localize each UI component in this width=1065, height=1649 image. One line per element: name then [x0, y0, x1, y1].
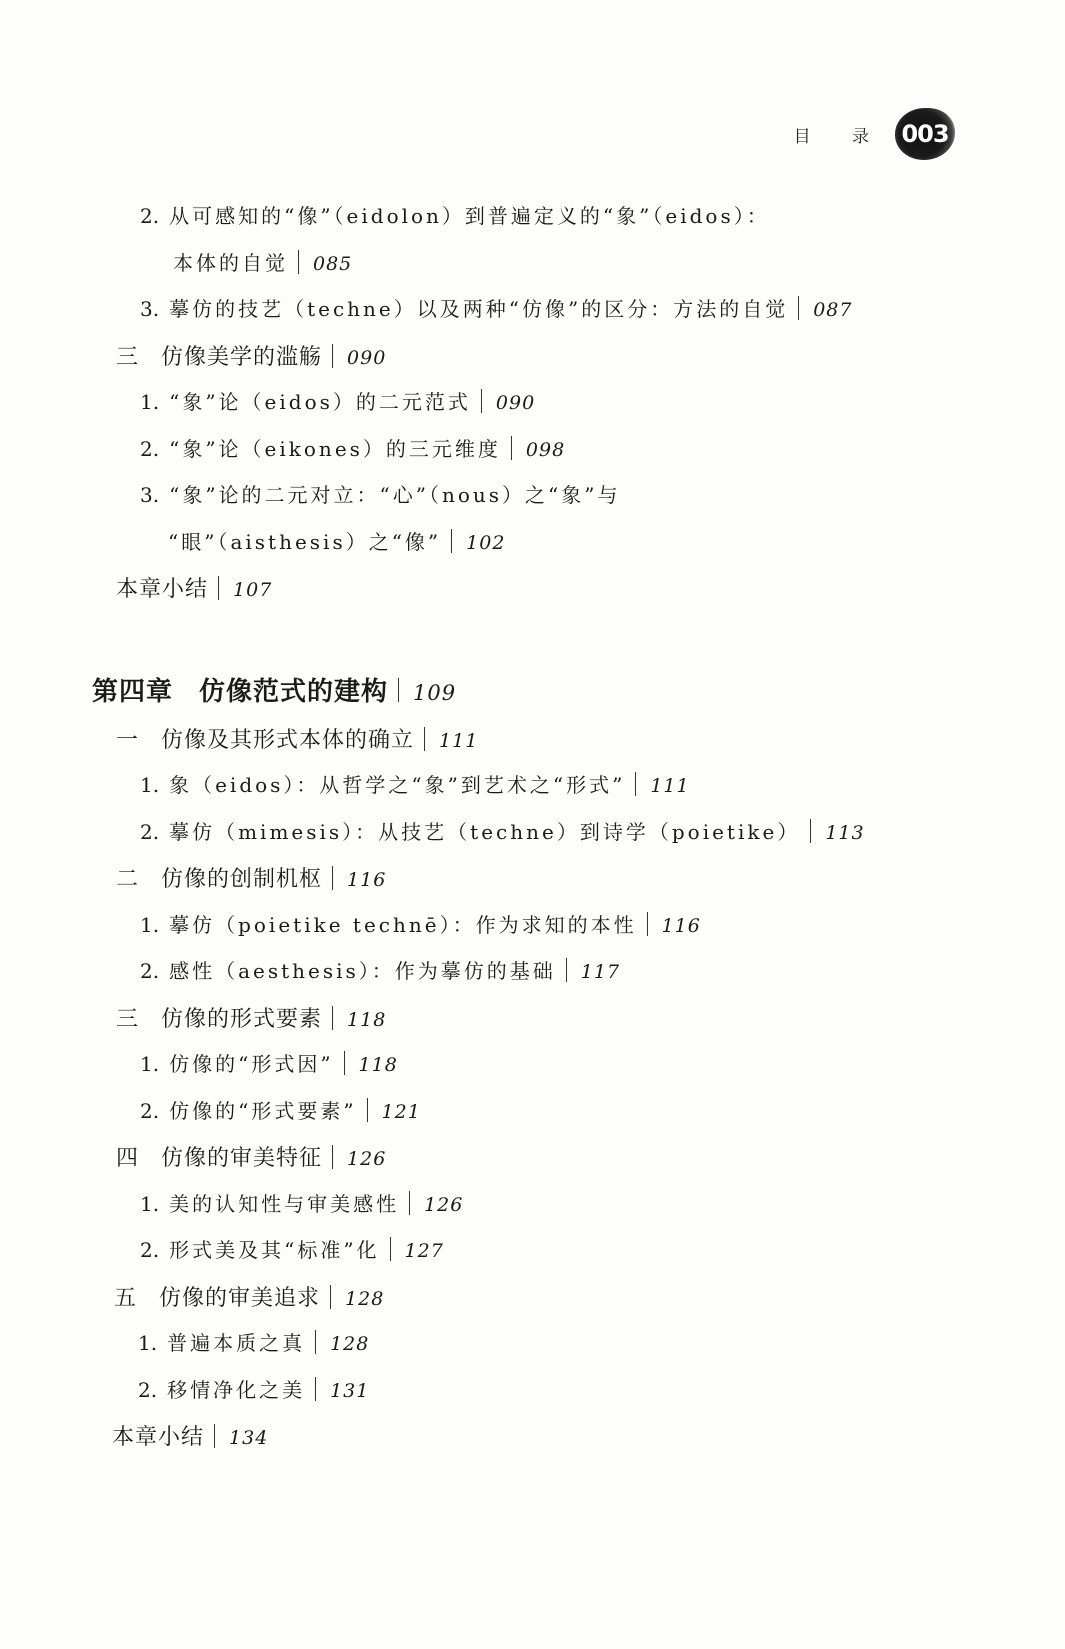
toc-entry[interactable]: 2. 感性（aesthesis）：作为摹仿的基础 117 — [140, 955, 620, 984]
toc-section-page: 111 — [439, 730, 478, 752]
toc-entry-title: 从可感知的“像”（eidolon）到普遍定义的“象”（eidos）： — [169, 200, 770, 229]
toc-section-number: 四 — [116, 1141, 139, 1172]
header-title: 目 录 — [794, 122, 887, 147]
separator-bar — [332, 1145, 333, 1169]
toc-entry[interactable]: 2. 仿像的“形式要素” 121 — [140, 1095, 421, 1124]
page-number: 003 — [901, 120, 948, 148]
toc-entry-title: 移情净化之美 — [167, 1374, 305, 1403]
separator-bar — [566, 958, 567, 982]
toc-entry-page: 126 — [424, 1194, 463, 1216]
toc-section-page: 116 — [347, 869, 386, 891]
toc-entry-number: 1. — [140, 773, 159, 797]
toc-entry[interactable]: 2. 形式美及其“标准”化 127 — [140, 1234, 444, 1263]
toc-entry[interactable]: 2. “象”论（eikones）的三元维度 098 — [140, 433, 565, 462]
toc-entry-title: 仿像的“形式因” — [169, 1048, 333, 1077]
toc-summary-page: 107 — [233, 579, 272, 601]
toc-entry[interactable]: 2. 移情净化之美 131 — [138, 1374, 369, 1403]
toc-section-number: 三 — [116, 340, 139, 371]
toc-section[interactable]: 三 仿像美学的滥觞 090 — [116, 340, 386, 371]
toc-entry-number: 1. — [140, 390, 159, 414]
separator-bar — [218, 576, 219, 600]
separator-bar — [635, 772, 636, 796]
toc-entry-number: 2. — [140, 204, 159, 228]
toc-section-number: 二 — [116, 862, 139, 893]
toc-section[interactable]: 四 仿像的审美特征 126 — [116, 1141, 386, 1172]
toc-entry[interactable]: 1. 摹仿（poietike technē）：作为求知的本性 116 — [140, 909, 701, 938]
separator-bar — [798, 296, 799, 320]
toc-section[interactable]: 一 仿像及其形式本体的确立 111 — [116, 723, 478, 754]
separator-bar — [390, 1237, 391, 1261]
toc-chapter-title: 仿像范式的建构 — [199, 671, 388, 708]
separator-bar — [511, 436, 512, 460]
separator-bar — [810, 819, 811, 843]
toc-entry-page: 113 — [825, 822, 864, 844]
toc-section-page: 126 — [347, 1148, 386, 1170]
toc-section-page: 118 — [347, 1009, 386, 1031]
toc-entry-title: 形式美及其“标准”化 — [169, 1234, 379, 1263]
toc-entry-title: 摹仿（poietike technē）：作为求知的本性 — [169, 909, 637, 938]
toc-chapter-summary[interactable]: 本章小结 134 — [112, 1420, 268, 1451]
toc-summary-title: 本章小结 — [112, 1420, 204, 1451]
separator-bar — [332, 344, 333, 368]
toc-section-page: 090 — [347, 347, 386, 369]
toc-entry-title: 感性（aesthesis）：作为摹仿的基础 — [169, 955, 556, 984]
toc-entry-page: 087 — [813, 299, 852, 321]
separator-bar — [298, 250, 299, 274]
toc-entry-page: 128 — [330, 1333, 369, 1355]
toc-entry-page: 111 — [650, 775, 689, 797]
toc-section-title: 仿像的形式要素 — [161, 1002, 322, 1033]
toc-entry[interactable]: 本体的自觉 085 — [173, 247, 352, 276]
toc-entry-page: 102 — [466, 532, 505, 554]
toc-entry-title: 仿像的“形式要素” — [169, 1095, 356, 1124]
toc-entry-page: 117 — [581, 961, 620, 983]
separator-bar — [367, 1098, 368, 1122]
separator-bar — [424, 727, 425, 751]
toc-entry-page: 118 — [359, 1054, 398, 1076]
toc-entry[interactable]: 2. 摹仿（mimesis）：从技艺（techne）到诗学（poietike） … — [140, 816, 865, 845]
toc-entry[interactable]: “眼”（aisthesis）之“像” 102 — [168, 526, 505, 555]
toc-entry-number: 1. — [138, 1331, 157, 1355]
toc-section-page: 128 — [345, 1288, 384, 1310]
toc-section-number: 三 — [116, 1002, 139, 1033]
toc-section[interactable]: 五 仿像的审美追求 128 — [114, 1281, 384, 1312]
toc-section[interactable]: 二 仿像的创制机枢 116 — [116, 862, 386, 893]
toc-entry-title: 象（eidos）：从哲学之“象”到艺术之“形式” — [169, 769, 625, 798]
toc-entry-number: 2. — [140, 959, 159, 983]
toc-entry-number: 2. — [140, 820, 159, 844]
separator-bar — [451, 529, 452, 553]
toc-summary-title: 本章小结 — [116, 572, 208, 603]
separator-bar — [398, 678, 399, 702]
toc-entry[interactable]: 3. “象”论的二元对立：“心”（nous）之“象”与 — [140, 479, 621, 508]
toc-entry-title: 本体的自觉 — [173, 247, 288, 276]
toc-entry[interactable]: 1. 仿像的“形式因” 118 — [140, 1048, 398, 1077]
toc-entry-title: “眼”（aisthesis）之“像” — [168, 526, 441, 555]
running-header: 目 录 003 — [794, 108, 955, 160]
toc-section[interactable]: 三 仿像的形式要素 118 — [116, 1002, 386, 1033]
toc-section-number: 一 — [116, 723, 139, 754]
toc-entry-number: 1. — [140, 1192, 159, 1216]
toc-entry[interactable]: 3. 摹仿的技艺（techne）以及两种“仿像”的区分：方法的自觉 087 — [140, 293, 852, 322]
toc-summary-page: 134 — [229, 1427, 268, 1449]
toc-entry-page: 085 — [313, 253, 352, 275]
toc-entry-title: “象”论（eikones）的三元维度 — [169, 433, 501, 462]
toc-entry-number: 1. — [140, 1052, 159, 1076]
toc-chapter-page: 109 — [413, 681, 456, 705]
toc-entry-page: 098 — [526, 439, 565, 461]
toc-entry-title: “象”论（eidos）的二元范式 — [169, 386, 471, 415]
toc-section-number: 五 — [114, 1281, 137, 1312]
separator-bar — [315, 1330, 316, 1354]
toc-entry-number: 2. — [140, 1099, 159, 1123]
toc-chapter-number: 第四章 — [92, 671, 173, 708]
toc-entry-title: 摹仿的技艺（techne）以及两种“仿像”的区分：方法的自觉 — [169, 293, 788, 322]
toc-entry[interactable]: 1. 象（eidos）：从哲学之“象”到艺术之“形式” 111 — [140, 769, 690, 798]
toc-entry-number: 3. — [140, 297, 159, 321]
toc-entry[interactable]: 1. 美的认知性与审美感性 126 — [140, 1188, 463, 1217]
toc-entry-number: 3. — [140, 483, 159, 507]
separator-bar — [344, 1051, 345, 1075]
separator-bar — [214, 1424, 215, 1448]
toc-entry-title: “象”论的二元对立：“心”（nous）之“象”与 — [169, 479, 620, 508]
toc-entry-page: 116 — [662, 915, 701, 937]
separator-bar — [481, 389, 482, 413]
separator-bar — [315, 1377, 316, 1401]
separator-bar — [409, 1191, 410, 1215]
toc-entry-title: 摹仿（mimesis）：从技艺（techne）到诗学（poietike） — [169, 816, 800, 845]
toc-entry-number: 2. — [140, 1238, 159, 1262]
toc-chapter-summary[interactable]: 本章小结 107 — [116, 572, 272, 603]
toc-section-title: 仿像的审美追求 — [159, 1281, 320, 1312]
toc-entry-number: 1. — [140, 913, 159, 937]
toc-entry[interactable]: 1. “象”论（eidos）的二元范式 090 — [140, 386, 535, 415]
toc-entry-page: 127 — [405, 1240, 444, 1262]
separator-bar — [332, 1006, 333, 1030]
toc-section-title: 仿像的创制机枢 — [161, 862, 322, 893]
toc-entry-page: 090 — [496, 392, 535, 414]
toc-entry-title: 美的认知性与审美感性 — [169, 1188, 399, 1217]
toc-entry-title: 普遍本质之真 — [167, 1327, 305, 1356]
toc-section-title: 仿像的审美特征 — [161, 1141, 322, 1172]
toc-entry-page: 121 — [382, 1101, 421, 1123]
toc-entry[interactable]: 1. 普遍本质之真 128 — [138, 1327, 369, 1356]
toc-section-title: 仿像及其形式本体的确立 — [161, 723, 414, 754]
separator-bar — [647, 912, 648, 936]
toc-section-title: 仿像美学的滥觞 — [161, 340, 322, 371]
page-number-ink-blot: 003 — [895, 108, 955, 160]
toc-entry-number: 2. — [138, 1378, 157, 1402]
toc-entry-number: 2. — [140, 437, 159, 461]
toc-entry[interactable]: 2. 从可感知的“像”（eidolon）到普遍定义的“象”（eidos）： — [140, 200, 770, 229]
toc-entry-page: 131 — [330, 1380, 369, 1402]
toc-chapter[interactable]: 第四章 仿像范式的建构 109 — [92, 671, 456, 708]
separator-bar — [332, 866, 333, 890]
separator-bar — [330, 1285, 331, 1309]
